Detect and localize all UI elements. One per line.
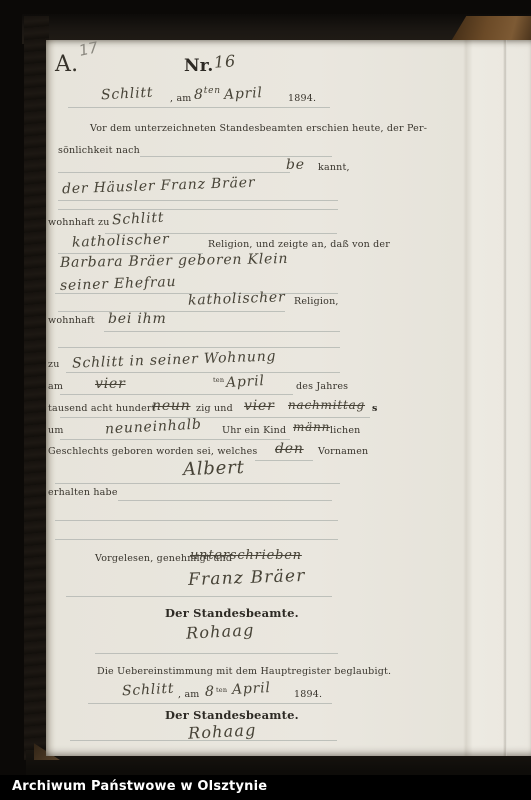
wohnhaft2-rule [104, 331, 340, 332]
dateline-month: April [224, 85, 264, 103]
religion1-value: katholischer [72, 231, 170, 250]
cert-signature-rule [70, 740, 337, 741]
religion1-printed: Religion, und zeigte an, daß von der [208, 239, 390, 250]
time-value: neuneinhalb [105, 416, 202, 437]
year-hw1: neun [152, 398, 191, 414]
religion2-rule [58, 311, 285, 312]
birthdate-suffix: ten [213, 376, 224, 384]
mother-relation: seiner Ehefrau [60, 274, 177, 294]
mother-name: Barbara Bräer geboren Klein [60, 251, 289, 271]
sex-rule [255, 460, 313, 461]
birthdate-day: vier [95, 376, 126, 392]
registrar-label: Der Standesbeamte. [165, 606, 299, 620]
dateline-year: 1894. [288, 93, 316, 104]
cert-year: 1894. [294, 689, 322, 700]
pencil-page-number: 17 [77, 38, 99, 60]
known-printed: kannt, [318, 162, 350, 173]
year-hw2: vier [244, 398, 275, 414]
cert-rule [88, 703, 332, 704]
blank-rule-2 [58, 347, 340, 348]
section-letter: A. [55, 52, 78, 77]
archive-name: Archiwum Państwowe w Olsztynie [12, 779, 267, 794]
gender-printed: lichen [330, 425, 360, 436]
dateline-place: Schlitt [101, 85, 154, 104]
blank-rule-3 [55, 520, 338, 521]
religion2-printed: Religion, [294, 296, 339, 307]
wohnhaft-zu-value: Schlitt [112, 210, 165, 229]
wohnhaft-zu-label: wohnhaft zu [48, 217, 110, 228]
daytime-handwritten: nachmittag [288, 398, 365, 412]
intro-line2: sönlichkeit nach [58, 145, 140, 156]
closing-handwritten: unterschrieben [190, 548, 302, 563]
sex-line-handwritten: den [275, 441, 304, 457]
dateline-rule [68, 107, 330, 108]
year-rule [60, 417, 370, 418]
declarant-rule [58, 200, 338, 201]
certification-line: Die Uebereinstimmung mit dem Hauptregist… [97, 666, 391, 677]
dateline-day-suffix: ten [204, 86, 221, 96]
declarant-line: der Häusler Franz Bräer [62, 175, 256, 198]
cert-day-suffix: ten [216, 686, 227, 694]
wohnhaft2-value: bei ihm [108, 311, 167, 327]
dateline-am: , am [170, 93, 192, 104]
dateline-day-number: 8 [194, 87, 204, 103]
time-printed: Uhr ein Kind [222, 425, 286, 436]
daytime-printed-s: s [372, 403, 378, 414]
signature-rule [66, 596, 332, 597]
cert-am: , am [178, 689, 200, 700]
birthplace-zu: zu [48, 359, 60, 370]
time-um: um [48, 425, 64, 436]
birthplace-rule [66, 372, 340, 373]
page-crease [503, 40, 507, 756]
cert-place: Schlitt [122, 681, 175, 700]
childname-rule [55, 483, 340, 484]
registrar-label2: Der Standesbeamte. [165, 708, 299, 722]
archive-scan-scene: 17 A. Nr. 16 Schlitt , am 8ten April 189… [0, 0, 531, 800]
registrar-signature: Rohaag [186, 620, 255, 643]
cert-month: April [232, 680, 272, 698]
declarant-signature: Franz Bräer [188, 566, 306, 590]
religion2-value: katholischer [188, 289, 286, 308]
child-name: Albert [183, 457, 245, 480]
blank-rule-5 [95, 653, 338, 654]
birthdate-am: am [48, 381, 63, 392]
intro-line1: Vor dem unterzeichneten Standesbeamten e… [90, 123, 427, 134]
sex-line-printed2: Vornamen [318, 446, 368, 457]
nr-label: Nr. [184, 56, 213, 76]
known-rule [58, 172, 290, 173]
birthdate-printed: des Jahres [296, 381, 348, 392]
birthplace-value: Schlitt in seiner Wohnung [72, 348, 277, 371]
blank-rule-1 [58, 209, 338, 210]
cert-day: 8 [205, 684, 215, 700]
year-printed2: zig und [196, 403, 233, 414]
received-printed: erhalten habe [48, 487, 118, 498]
birthdate-rule [60, 394, 293, 395]
known-handwritten: be [286, 157, 305, 173]
sex-line-printed: Geschlechts geboren worden sei, welches [48, 446, 257, 457]
dateline-day: 8ten [194, 86, 221, 103]
time-rule [60, 439, 290, 440]
registry-page: 17 A. Nr. 16 Schlitt , am 8ten April 189… [46, 40, 531, 756]
received-rule [118, 500, 332, 501]
blank-rule-4 [55, 539, 338, 540]
birthdate-month: April [226, 373, 266, 391]
year-printed1: tausend acht hundert [48, 403, 156, 414]
wohnhaft2-label: wohnhaft [48, 315, 95, 326]
archive-watermark-bar: Archiwum Państwowe w Olsztynie [0, 775, 531, 800]
nr-value-handwritten: 16 [213, 51, 236, 71]
gender-handwritten: männ [293, 420, 330, 434]
